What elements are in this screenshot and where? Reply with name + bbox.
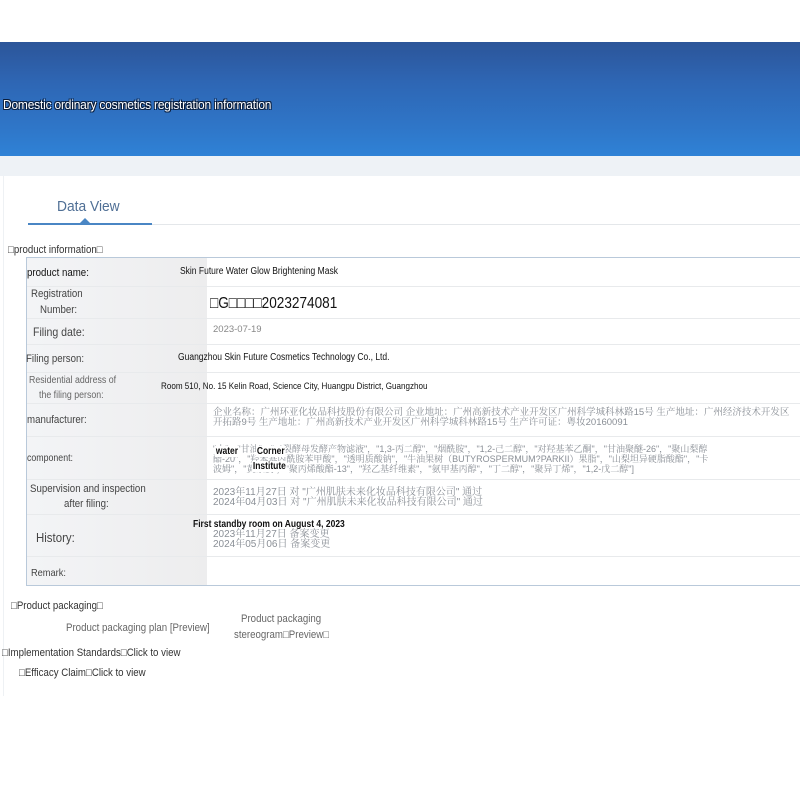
history-overlay-text: First standby room on August 4, 2023 — [193, 519, 345, 530]
value-registration-number: □G□□□□2023274081 — [210, 295, 337, 313]
value-history-line2: 2024年05月06日 备案变更 — [213, 540, 330, 550]
banner-separator — [0, 156, 800, 176]
label-supervision-1: Supervision and inspection — [30, 482, 146, 497]
label-registration-number-1: Registration — [31, 287, 83, 302]
label-component: component: — [27, 451, 73, 466]
label-registration-number-2: Number: — [40, 303, 77, 318]
row-divider — [27, 436, 800, 437]
row-divider — [27, 372, 800, 373]
label-filing-date: Filing date: — [33, 325, 85, 340]
label-filing-person: Filing person: — [26, 352, 84, 367]
tab-data-view[interactable]: Data View — [57, 198, 120, 215]
label-product-name: product name: — [27, 266, 89, 281]
section-product-packaging: □Product packaging□ — [11, 600, 103, 612]
label-residential-address-1: Residential address of — [29, 373, 116, 388]
value-residential-address: Room 510, No. 15 Kelin Road, Science Cit… — [161, 381, 427, 392]
value-manufacturer-line2: 开拓路9号 生产地址：广州高新技术产业开发区广州科学城科林路15号 生产许可证：… — [213, 418, 628, 428]
value-filing-person: Guangzhou Skin Future Cosmetics Technolo… — [178, 352, 390, 363]
row-divider — [27, 318, 800, 319]
link-implementation-standards[interactable]: □Implementation Standards□Click to view — [2, 647, 180, 659]
tab-active-indicator — [28, 223, 152, 225]
section-product-information: □product information□ — [8, 244, 103, 256]
label-supervision-2: after filing: — [64, 497, 109, 512]
link-packaging-plan-preview[interactable]: Product packaging plan [Preview] — [66, 622, 210, 634]
header-banner: Domestic ordinary cosmetics registration… — [0, 42, 800, 156]
label-manufacturer: manufacturer: — [27, 413, 87, 428]
component-overlay-water: water — [215, 446, 239, 457]
tab-caret-icon — [80, 218, 90, 223]
label-residential-address-2: the filing person: — [39, 388, 104, 403]
value-supervision-line2: 2024年04月03日 对 "广州肌肤未来化妆品科技有限公司" 通过 — [213, 498, 483, 508]
row-divider — [27, 403, 800, 404]
row-divider — [27, 479, 800, 480]
value-product-name: Skin Future Water Glow Brightening Mask — [180, 266, 338, 277]
top-blank-area — [0, 0, 800, 42]
label-history: History: — [36, 530, 75, 545]
component-overlay-institute: Institute — [252, 461, 287, 472]
row-divider — [27, 514, 800, 515]
row-divider — [27, 286, 800, 287]
link-efficacy-claim[interactable]: □Efficacy Claim□Click to view — [19, 667, 146, 679]
row-divider — [27, 344, 800, 345]
tab-divider — [152, 224, 800, 225]
value-component-line1: "水"，"甘油"，"二裂酵母发酵产物滤液"，"1,3-丙二醇"，"烟酰胺"，"1… — [213, 444, 707, 454]
label-remark: Remark: — [31, 566, 66, 581]
row-divider — [27, 556, 800, 557]
component-overlay-corner: Corner — [256, 446, 286, 457]
link-packaging-stereogram-line1[interactable]: Product packaging — [241, 613, 321, 625]
value-component-line2: 酯-20"，"羟苯基丙酰胺苯甲酸"，"透明质酸钠"，"牛油果树（BUTYROSP… — [213, 454, 708, 464]
page-title: Domestic ordinary cosmetics registration… — [3, 97, 271, 112]
link-packaging-stereogram-preview[interactable]: stereogram□Preview□ — [234, 629, 329, 641]
value-filing-date: 2023-07-19 — [213, 324, 262, 335]
